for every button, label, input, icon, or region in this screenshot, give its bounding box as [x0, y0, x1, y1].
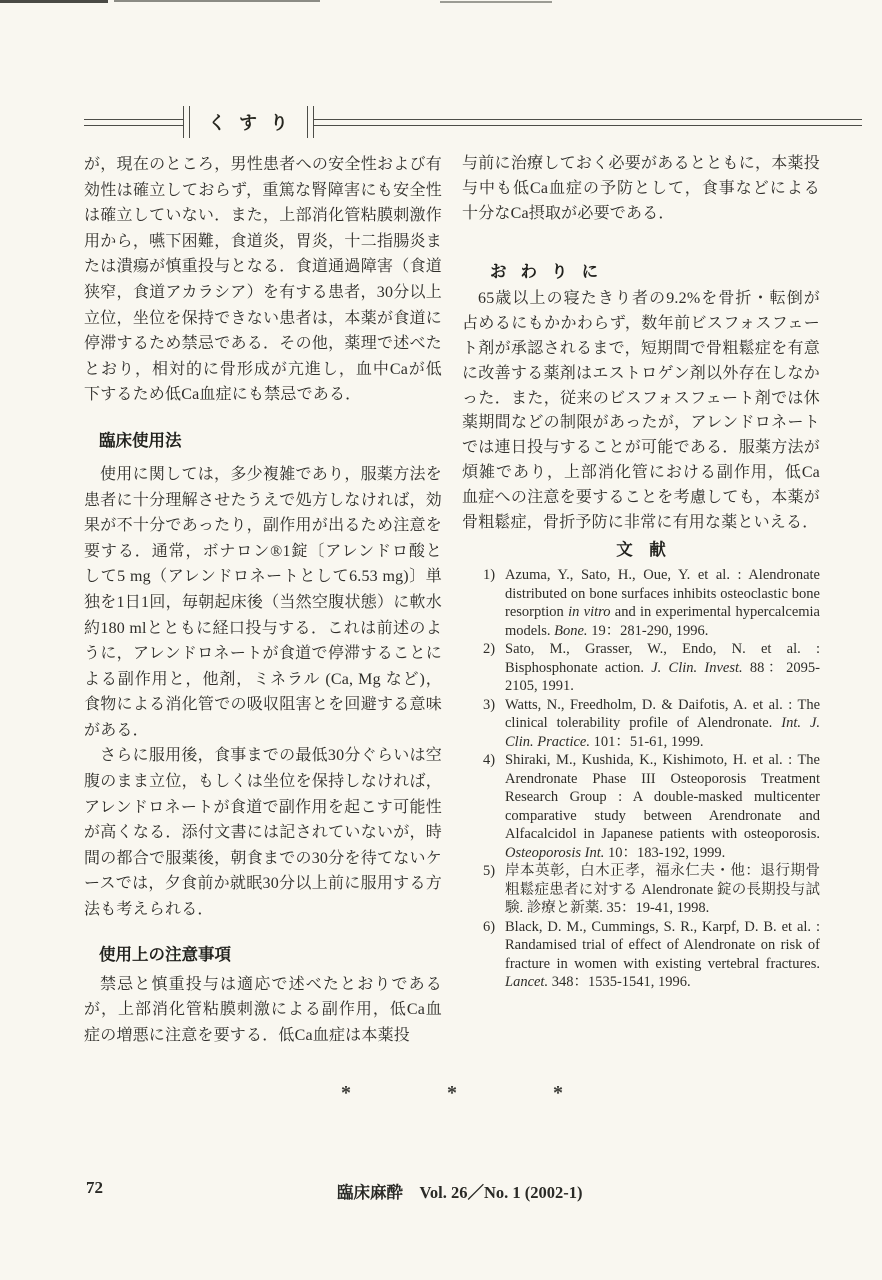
reference-item: 6)Black, D. M., Cummings, S. R., Karpf, …: [462, 918, 820, 992]
header-bar-right: [307, 106, 314, 138]
reference-item: 2)Sato, M., Grasser, W., Endo, N. et al.…: [462, 640, 820, 696]
reference-item: 4)Shiraki, M., Kushida, K., Kishimoto, H…: [462, 751, 820, 862]
asterisk: *: [553, 1082, 563, 1105]
scan-artifact: [0, 0, 108, 3]
page-number: 72: [86, 1178, 103, 1198]
section-heading-precautions: 使用上の注意事項: [99, 943, 442, 967]
asterisk: *: [447, 1082, 457, 1105]
reference-text: 岸本英彰，白木正孝，福永仁夫・他：退行期骨粗鬆症患者に対する Alendrona…: [505, 862, 820, 918]
scan-artifact: [440, 1, 552, 3]
body-paragraph: 与前に治療しておく必要があるとともに，本薬投与中も低Ca血症の予防として，食事な…: [462, 152, 820, 226]
references-list: 1)Azuma, Y., Sato, H., Oue, Y. et al. : …: [462, 566, 820, 992]
reference-number: 6): [483, 918, 505, 992]
body-paragraph: が，現在のところ，男性患者への安全性および有効性は確立しておらず，重篤な腎障害に…: [84, 152, 442, 408]
reference-number: 2): [483, 640, 505, 696]
reference-number: 1): [483, 566, 505, 640]
references-heading: 文 献: [462, 541, 820, 559]
reference-item: 1)Azuma, Y., Sato, H., Oue, Y. et al. : …: [462, 566, 820, 640]
reference-text: Watts, N., Freedholm, D. & Daifotis, A. …: [505, 696, 820, 752]
reference-number: 4): [483, 751, 505, 862]
body-paragraph: 使用に関しては，多少複雑であり，服薬方法を患者に十分理解させたうえで処方しなけれ…: [84, 462, 442, 744]
reference-item: 5)岸本英彰，白木正孝，福永仁夫・他：退行期骨粗鬆症患者に対する Alendro…: [462, 862, 820, 918]
body-paragraph: 禁忌と慎重投与は適応で述べたとおりであるが，上部消化管粘膜刺激による副作用，低C…: [84, 972, 442, 1049]
header-rule-left: [84, 119, 183, 126]
scan-artifact: [114, 0, 320, 2]
reference-item: 3)Watts, N., Freedholm, D. & Daifotis, A…: [462, 696, 820, 752]
header-bar-left: [183, 106, 190, 138]
asterisk: *: [341, 1082, 351, 1105]
asterisk-separator: * * *: [84, 1082, 820, 1105]
left-column: が，現在のところ，男性患者への安全性および有効性は確立しておらず，重篤な腎障害に…: [84, 152, 442, 1048]
header-rule-right: [314, 119, 862, 126]
reference-number: 3): [483, 696, 505, 752]
reference-text: Sato, M., Grasser, W., Endo, N. et al. :…: [505, 640, 820, 696]
journal-footer: 臨床麻酔 Vol. 26／No. 1 (2002-1): [337, 1179, 583, 1203]
section-heading-clinical-use: 臨床使用法: [99, 429, 442, 453]
running-head: くすり: [84, 104, 862, 140]
reference-text: Black, D. M., Cummings, S. R., Karpf, D.…: [505, 918, 820, 992]
running-head-title: くすり: [190, 109, 307, 135]
reference-text: Azuma, Y., Sato, H., Oue, Y. et al. : Al…: [505, 566, 820, 640]
body-paragraph: 65歳以上の寝たきり者の9.2%を骨折・転倒が占めるにもかかわらず，数年前ビスフ…: [462, 287, 820, 535]
right-column: 与前に治療しておく必要があるとともに，本薬投与中も低Ca血症の予防として，食事な…: [462, 152, 820, 992]
reference-number: 5): [483, 862, 505, 918]
journal-page: くすり が，現在のところ，男性患者への安全性および有効性は確立しておらず，重篤な…: [0, 0, 882, 1280]
section-heading-closing: おわりに: [490, 260, 820, 284]
reference-text: Shiraki, M., Kushida, K., Kishimoto, H. …: [505, 751, 820, 862]
body-paragraph: さらに服用後，食事までの最低30分ぐらいは空腹のまま立位，もしくは坐位を保持しな…: [84, 743, 442, 922]
